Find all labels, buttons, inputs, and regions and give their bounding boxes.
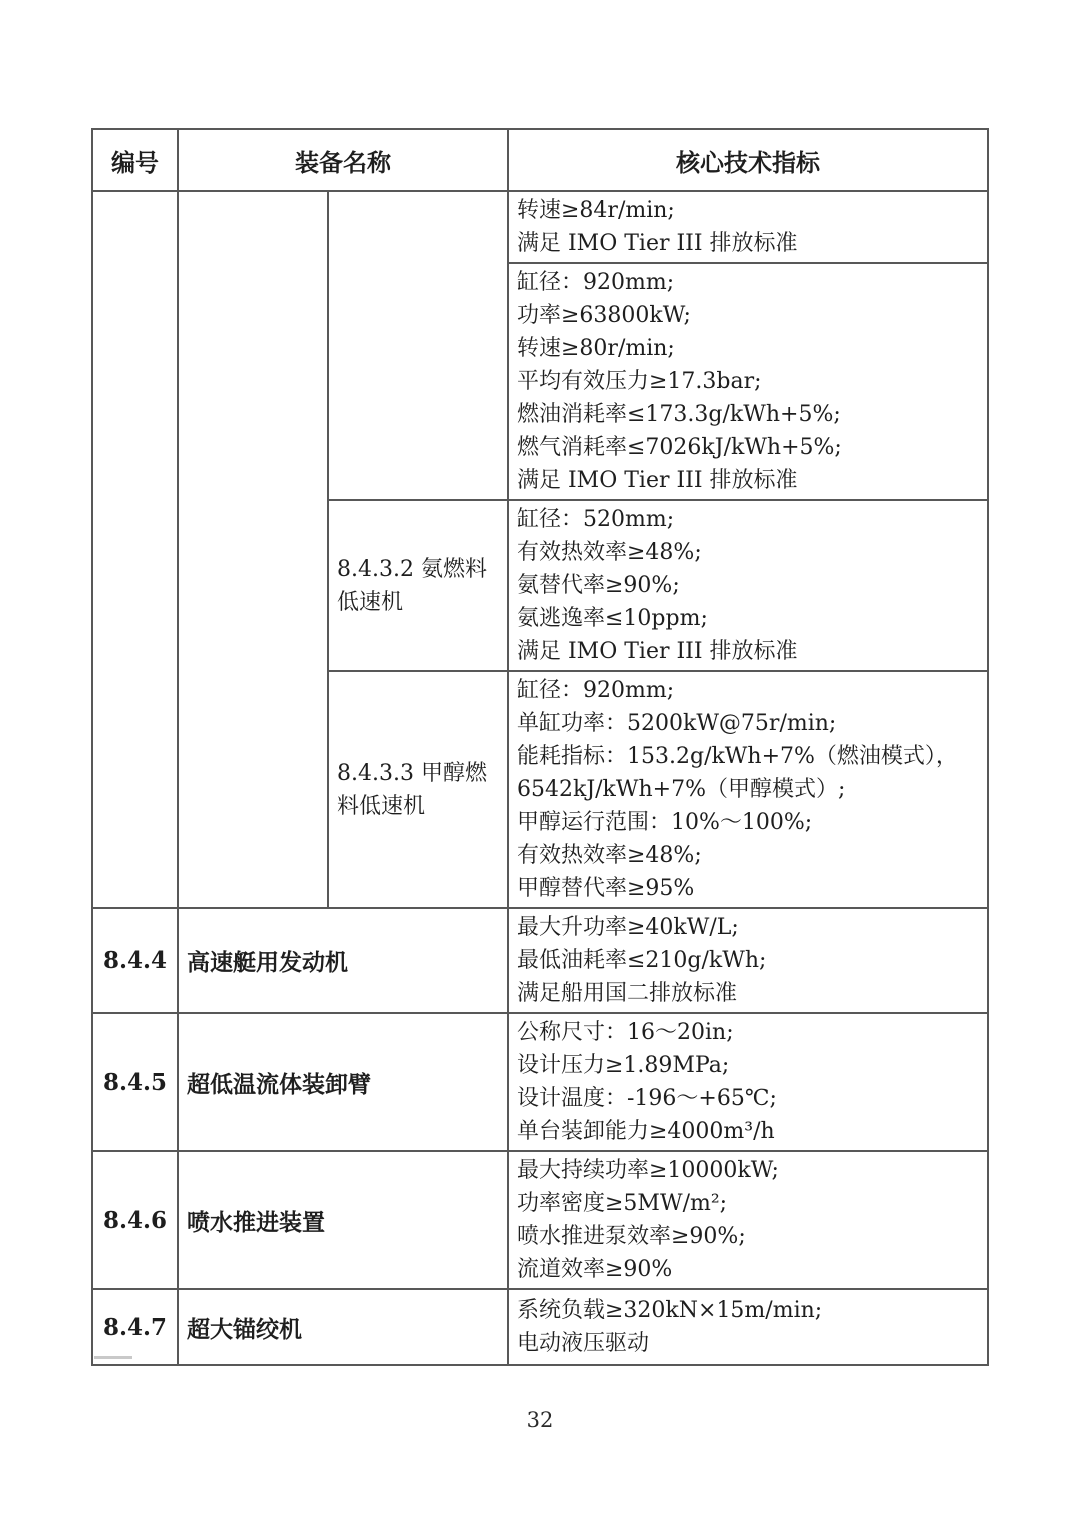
equipment-subname-cell: 8.4.3.2 氨燃料低速机 [328,500,508,671]
table-row: 8.4.7 超大锚绞机 系统负载≥320kN×15m/min;电动液压驱动 [92,1289,988,1365]
row-number-cell: 8.4.6 [92,1151,178,1289]
header-number: 编号 [92,129,178,191]
table-row: 8.4.5 超低温流体装卸臂 公称尺寸：16～20in;设计压力≥1.89MPa… [92,1013,988,1151]
header-core-tech-indicators: 核心技术指标 [508,129,988,191]
row-number-cell [92,191,178,908]
table-header-row: 编号 装备名称 核心技术指标 [92,129,988,191]
document-page: 编号 装备名称 核心技术指标 转速≥84r/min;满足 IMO Tier II… [0,0,1080,1527]
equipment-subname-cell: 8.4.3.3 甲醇燃料低速机 [328,671,508,908]
table-row: 转速≥84r/min;满足 IMO Tier III 排放标准 [92,191,988,263]
spec-cell: 最大持续功率≥10000kW;功率密度≥5MW/m²;喷水推进泵效率≥90%;流… [508,1151,988,1289]
row-number-cell: 8.4.5 [92,1013,178,1151]
row-number-cell: 8.4.7 [92,1289,178,1365]
header-equipment-name: 装备名称 [178,129,508,191]
equipment-subname-cell [328,191,508,500]
equipment-name-cell: 高速艇用发动机 [178,908,508,1013]
equipment-name-cell: 超大锚绞机 [178,1289,508,1365]
spec-cell: 缸径：920mm;单缸功率：5200kW@75r/min;能耗指标：153.2g… [508,671,988,908]
equipment-name-cell: 超低温流体装卸臂 [178,1013,508,1151]
equipment-name-cell [178,191,328,908]
scan-artifact [94,1356,132,1359]
spec-cell: 转速≥84r/min;满足 IMO Tier III 排放标准 [508,191,988,263]
spec-cell: 缸径：520mm;有效热效率≥48%;氨替代率≥90%;氨逃逸率≤10ppm;满… [508,500,988,671]
spec-cell: 缸径：920mm;功率≥63800kW;转速≥80r/min;平均有效压力≥17… [508,263,988,500]
equipment-name-cell: 喷水推进装置 [178,1151,508,1289]
spec-cell: 系统负载≥320kN×15m/min;电动液压驱动 [508,1289,988,1365]
spec-cell: 最大升功率≥40kW/L;最低油耗率≤210g/kWh;满足船用国二排放标准 [508,908,988,1013]
equipment-spec-table: 编号 装备名称 核心技术指标 转速≥84r/min;满足 IMO Tier II… [91,128,989,1366]
spec-cell: 公称尺寸：16～20in;设计压力≥1.89MPa;设计温度：-196～+65℃… [508,1013,988,1151]
row-number-cell: 8.4.4 [92,908,178,1013]
table-row: 8.4.6 喷水推进装置 最大持续功率≥10000kW;功率密度≥5MW/m²;… [92,1151,988,1289]
table-row: 8.4.4 高速艇用发动机 最大升功率≥40kW/L;最低油耗率≤210g/kW… [92,908,988,1013]
page-number: 32 [0,1408,1080,1432]
